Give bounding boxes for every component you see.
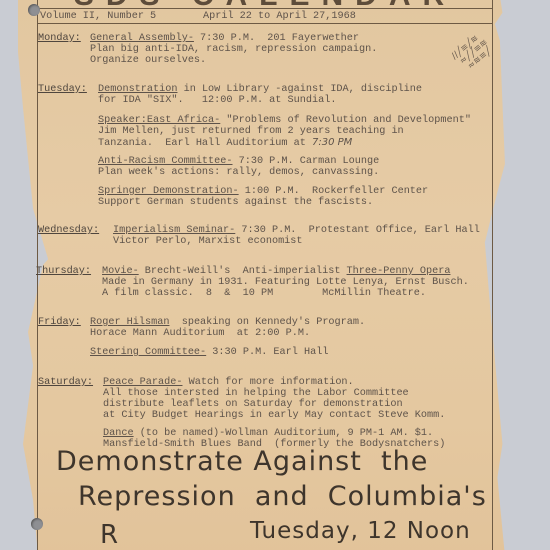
event-detail: (to be named)-Wollman Auditorium, 9 PM-1… [134, 428, 434, 439]
event-line: Victor Perlo, Marxist economist [113, 236, 303, 247]
volume-number: Volume II, Number 5 [40, 11, 156, 22]
header-rule-top [37, 8, 493, 9]
handwritten-time: 7:30 PM [312, 137, 352, 148]
event-title: General Assembly- [90, 33, 194, 44]
event-line: Tanzania. Earl Hall Auditorium at 7:30 P… [98, 137, 352, 149]
event-line: distribute leaflets on Saturday for demo… [103, 399, 403, 410]
event-detail: "Problems of Revolution and Development" [220, 115, 471, 126]
handwritten-line-3-left: R [100, 520, 119, 550]
event-detail: 7:30 P.M. 201 Fayerwether [194, 33, 359, 44]
event-title: Steering Committee- [90, 347, 206, 358]
event-steering-committee: Steering Committee- 3:30 P.M. Earl Hall [90, 347, 328, 358]
event-title: Speaker:East Africa- [98, 115, 220, 126]
event-title: Peace Parade- [103, 377, 182, 388]
punch-hole-bottom [31, 518, 43, 530]
page-border-right [492, 0, 493, 550]
day-label-wednesday: Wednesday: [38, 225, 99, 236]
event-title: Roger Hilsman [90, 317, 169, 328]
event-title: Movie- [102, 266, 139, 277]
event-demonstration: Demonstration in Low Library -against ID… [98, 84, 422, 95]
event-detail: 3:30 P.M. Earl Hall [206, 347, 328, 358]
event-line: A film classic. 8 & 10 PM McMillin Theat… [102, 288, 426, 299]
event-line: Made in Germany in 1931. Featuring Lotte… [102, 277, 469, 288]
handwritten-line-3-right: Tuesday, 12 Noon [250, 516, 471, 546]
event-detail: speaking on Kennedy's Program. [169, 317, 365, 328]
event-peace-parade: Peace Parade- Watch for more information… [103, 377, 354, 388]
event-detail: Tanzania. Earl Hall Auditorium at [98, 138, 312, 149]
event-line: Horace Mann Auditorium at 2:00 P.M. [90, 328, 310, 339]
event-line: Plan week's actions: rally, demos, canva… [98, 167, 379, 178]
event-title: Dance [103, 428, 134, 439]
event-detail: 7:30 P.M. Carman Lounge [233, 156, 380, 167]
header-rule-bottom [37, 23, 493, 24]
event-imperialism-seminar: Imperialism Seminar- 7:30 P.M. Protestan… [113, 225, 480, 236]
event-line: Support German students against the fasc… [98, 197, 373, 208]
event-title: Imperialism Seminar- [113, 225, 235, 236]
event-title: Anti-Racism Committee- [98, 156, 233, 167]
event-detail: Brecht-Weill's Anti-imperialist [139, 266, 347, 277]
day-label-tuesday: Tuesday: [38, 84, 87, 95]
event-dance: Dance (to be named)-Wollman Auditorium, … [103, 428, 433, 439]
date-range: April 22 to April 27,1968 [203, 11, 356, 22]
event-detail: 1:00 P.M. Rockerfeller Center [239, 186, 429, 197]
event-general-assembly: General Assembly- 7:30 P.M. 201 Fayerwet… [90, 33, 359, 44]
day-label-monday: Monday: [38, 33, 81, 44]
event-line: Jim Mellen, just returned from 2 years t… [98, 126, 404, 137]
day-label-friday: Friday: [38, 317, 81, 328]
film-title: Three-Penny Opera [347, 266, 451, 277]
event-hilsman: Roger Hilsman speaking on Kennedy's Prog… [90, 317, 365, 328]
event-line: for IDA "SIX". 12:00 P.M. at Sundial. [98, 95, 336, 106]
event-line: Plan big anti-IDA, racism, repression ca… [90, 44, 377, 55]
event-line: All those intersted in helping the Labor… [103, 388, 409, 399]
event-springer: Springer Demonstration- 1:00 P.M. Rocker… [98, 186, 428, 197]
punch-hole-top [28, 4, 40, 16]
event-title: Demonstration [98, 84, 177, 95]
event-detail: Watch for more information. [182, 377, 353, 388]
masthead-title: SDS CALENDAR [37, 0, 493, 8]
handwritten-line-2: Repression and Columbia's [78, 482, 487, 512]
event-movie: Movie- Brecht-Weill's Anti-imperialist T… [102, 266, 450, 277]
handwritten-line-1: Demonstrate Against the [56, 447, 428, 477]
event-line: at City Budget Hearings in early May con… [103, 410, 445, 421]
event-line: Organize ourselves. [90, 55, 206, 66]
event-detail: 7:30 P.M. Protestant Office, Earl Hall [235, 225, 480, 236]
event-anti-racism: Anti-Racism Committee- 7:30 P.M. Carman … [98, 156, 379, 167]
event-title: Springer Demonstration- [98, 186, 239, 197]
day-label-saturday: Saturday: [38, 377, 93, 388]
event-detail: in Low Library -against IDA, discipline [177, 84, 422, 95]
day-label-thursday: Thursday: [36, 266, 91, 277]
event-speaker: Speaker:East Africa- "Problems of Revolu… [98, 115, 471, 126]
